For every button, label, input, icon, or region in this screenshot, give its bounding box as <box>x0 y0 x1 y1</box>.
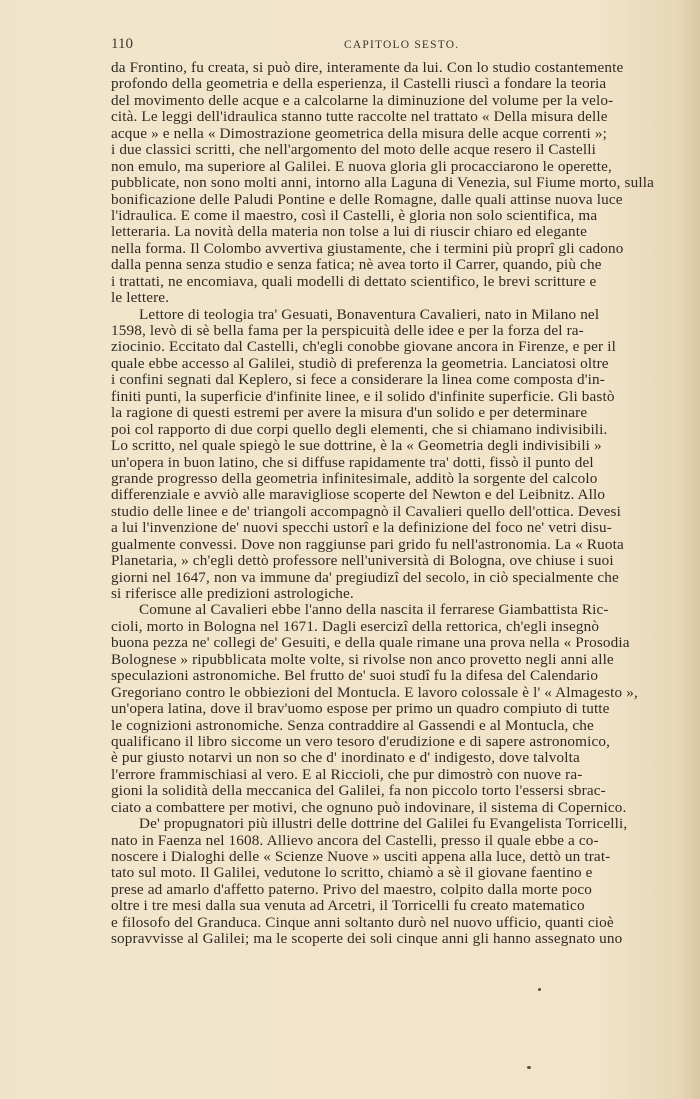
text-line: De' propugnatori più illustri delle dott… <box>111 816 700 832</box>
text-line: ziocinio. Eccitato dal Castelli, ch'egli… <box>111 339 700 355</box>
running-head: CAPITOLO SESTO. <box>344 39 459 51</box>
text-line: le lettere. <box>111 290 700 306</box>
text-line: si riferisce alle predizioni astrologich… <box>111 586 700 602</box>
text-line: nato in Faenza nel 1608. Allievo ancora … <box>111 833 700 849</box>
text-line: Bolognese » ripubblicata molte volte, si… <box>111 652 700 668</box>
text-line: speculazioni astronomiche. Bel frutto de… <box>111 668 700 684</box>
text-line: 1598, levò di sè bella fama per la persp… <box>111 323 700 339</box>
text-line: un'opera in buon latino, che si diffuse … <box>111 455 700 471</box>
text-line: a lui l'invenzione de' nuovi specchi ust… <box>111 520 700 536</box>
text-line: pubblicate, non sono molti anni, intorno… <box>111 175 700 191</box>
text-line: noscere i Dialoghi delle « Scienze Nuove… <box>111 849 700 865</box>
text-line: e filosofo del Granduca. Cinque anni sol… <box>111 915 700 931</box>
text-line: Lettore di teologia tra' Gesuati, Bonave… <box>111 307 700 323</box>
text-line: i confini segnati dal Keplero, si fece a… <box>111 372 700 388</box>
text-line: gioni la solidità della meccanica del Ga… <box>111 783 700 799</box>
text-line: finiti punti, la superficie d'infinite l… <box>111 389 700 405</box>
paper-speck <box>538 988 541 991</box>
text-line: da Frontino, fu creata, si può dire, int… <box>111 60 700 76</box>
text-line: giorni nel 1647, non va immune da' pregi… <box>111 570 700 586</box>
paper-speck <box>527 1066 531 1069</box>
text-line: sopravvisse al Galilei; ma le scoperte d… <box>111 931 700 947</box>
text-line: Comune al Cavalieri ebbe l'anno della na… <box>111 602 700 618</box>
text-line: buona pezza ne' collegi de' Gesuiti, e d… <box>111 635 700 651</box>
text-line: i due classici scritti, che nell'argomen… <box>111 142 700 158</box>
text-line: quale ebbe accesso al Galilei, studiò di… <box>111 356 700 372</box>
text-line: ciato a combattere per motivi, che ognun… <box>111 800 700 816</box>
text-line: l'errore frammischiasi al vero. E al Ric… <box>111 767 700 783</box>
text-line: differenziale e avviò alle maravigliose … <box>111 487 700 503</box>
text-line: qualificano il libro siccome un vero tes… <box>111 734 700 750</box>
text-line: cioli, morto in Bologna nel 1671. Dagli … <box>111 619 700 635</box>
text-line: oltre i tre mesi dalla sua venuta ad Arc… <box>111 898 700 914</box>
text-line: tato sul moto. Il Galilei, vedutone lo s… <box>111 865 700 881</box>
text-line: le cognizioni astronomiche. Senza contra… <box>111 718 700 734</box>
text-line: è pur giusto notarvi un non so che d' in… <box>111 750 700 766</box>
text-line: nella forma. Il Colombo avvertiva giusta… <box>111 241 700 257</box>
text-line: non emulo, ma superiore al Galilei. E nu… <box>111 159 700 175</box>
text-line: Planetaria, » ch'egli dettò professore n… <box>111 553 700 569</box>
text-line: letteraria. La novità della materia non … <box>111 224 700 240</box>
text-line: acque » e nella « Dimostrazione geometri… <box>111 126 700 142</box>
text-line: grande progresso della geometria infinit… <box>111 471 700 487</box>
text-line: dalla penna senza studio e senza fatica;… <box>111 257 700 273</box>
text-line: Lo scritto, nel quale spiegò le sue dott… <box>111 438 700 454</box>
text-line: l'idraulica. E come il maestro, così il … <box>111 208 700 224</box>
text-line: la ragione di questi estremi per avere l… <box>111 405 700 421</box>
text-line: studio delle linee e de' triangoli accom… <box>111 504 700 520</box>
text-line: un'opera latina, dove il brav'uomo espos… <box>111 701 700 717</box>
body-text: da Frontino, fu creata, si può dire, int… <box>111 60 700 948</box>
text-line: bonificazione delle Paludi Pontine e del… <box>111 192 700 208</box>
text-line: profondo della geometria e della esperie… <box>111 76 700 92</box>
page-number: 110 <box>111 36 133 53</box>
text-line: cità. Le leggi dell'idraulica stanno tut… <box>111 109 700 125</box>
text-line: i trattati, ne encomiava, quali modelli … <box>111 274 700 290</box>
text-line: gualmente convessi. Dove non raggiunse p… <box>111 537 700 553</box>
text-line: poi col rapporto di due corpi quello deg… <box>111 422 700 438</box>
book-page: 110 CAPITOLO SESTO. da Frontino, fu crea… <box>0 0 700 1099</box>
text-line: Gregoriano contro le obbiezioni del Mont… <box>111 685 700 701</box>
text-line: prese ad amarlo d'affetto paterno. Privo… <box>111 882 700 898</box>
text-line: del movimento delle acque e a calcolarne… <box>111 93 700 109</box>
page-header: 110 CAPITOLO SESTO. <box>111 36 700 56</box>
